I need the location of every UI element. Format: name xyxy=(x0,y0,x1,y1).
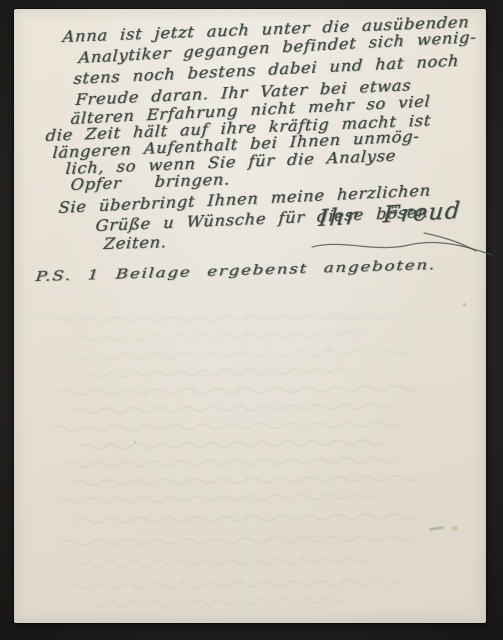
paper-speck xyxy=(134,441,136,443)
letter-page: Anna ist jetzt auch unter die ausübenden… xyxy=(14,9,486,623)
signature: Ihr Freud xyxy=(318,202,462,228)
paper-stain xyxy=(452,526,458,531)
postscript-line: P.S. 1 Beilage ergebenst angeboten. xyxy=(35,256,437,286)
paper-smudge xyxy=(429,526,444,531)
paper-speck xyxy=(463,303,466,306)
photo-background: Anna ist jetzt auch unter die ausübenden… xyxy=(0,0,503,640)
handwriting-line: Zeiten. xyxy=(103,233,167,253)
fold-crease-horizontal xyxy=(14,317,486,319)
